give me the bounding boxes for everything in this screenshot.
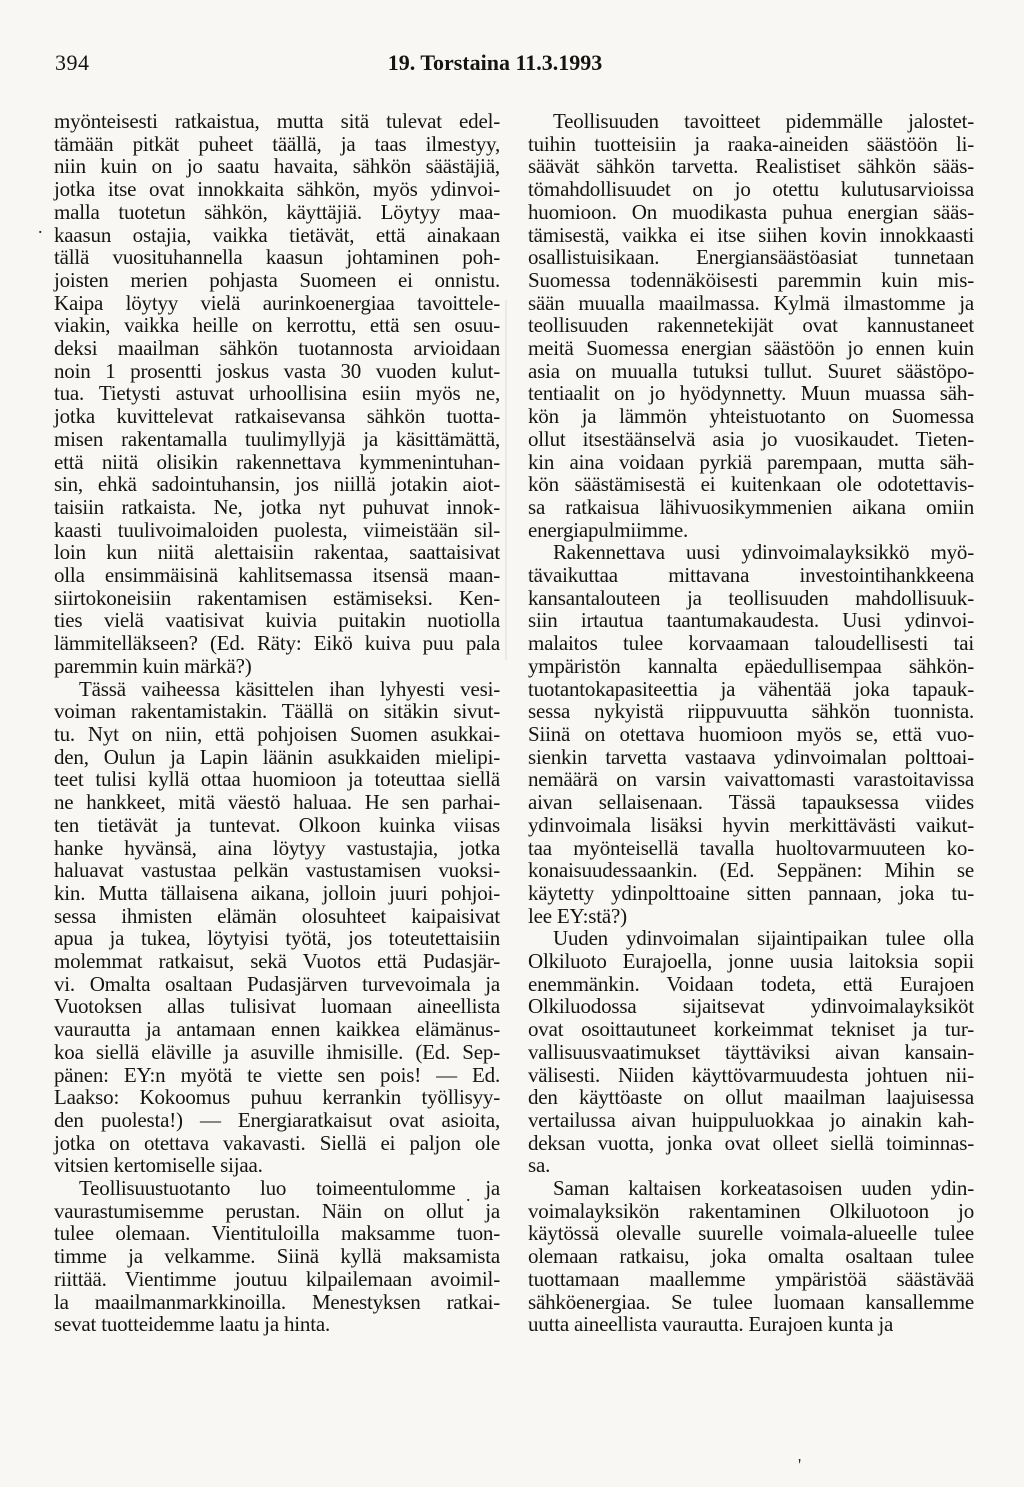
text-line: sa ratkaisua lähivuosikymmenien aikana o… bbox=[528, 496, 974, 519]
scan-artifact-mark: ' bbox=[798, 1455, 801, 1476]
page-header: 394 19. Torstaina 11.3.1993 bbox=[0, 50, 990, 80]
text-line: misen rakentamalla tuulimyllyjä ja käsit… bbox=[54, 428, 500, 451]
text-line: tömahdollisuudet on jo otettu kulutusarv… bbox=[528, 178, 974, 201]
text-line: paremmin kuin märkä?) bbox=[54, 655, 500, 678]
text-line: Uuden ydinvoimalan sijaintipaikan tulee … bbox=[528, 927, 974, 950]
text-columns: myönteisesti ratkaistua, mutta sitä tule… bbox=[54, 110, 974, 1336]
text-line: ne hankkeet, mitä väestö haluaa. He sen … bbox=[54, 791, 500, 814]
text-line: niin kuin on jo saatu havaita, sähkön sä… bbox=[54, 155, 500, 178]
text-line: Vuotoksen allas tulisivat luomaan aineel… bbox=[54, 995, 500, 1018]
text-line: aivan sellaisenaan. Tässä tapauksessa vi… bbox=[528, 791, 974, 814]
text-line: hanke hyvänsä, aina löytyy vastustajia, … bbox=[54, 837, 500, 860]
text-line: kin aina voidaan pyrkiä parempaan, mutta… bbox=[528, 451, 974, 474]
paragraph: myönteisesti ratkaistua, mutta sitä tule… bbox=[54, 110, 500, 678]
text-line: ties vielä vaatisivat kuivia puitakin nu… bbox=[54, 609, 500, 632]
text-line: että niitä olisikin rakennettava kymmeni… bbox=[54, 451, 500, 474]
text-line: Olkiluodossa sijaitsevat ydinvoimalayksi… bbox=[528, 995, 974, 1018]
text-line: tu. Nyt on niin, että pohjoisen Suomen a… bbox=[54, 723, 500, 746]
text-line: kaasti tuulivoimaloiden puolesta, viimei… bbox=[54, 519, 500, 542]
text-line: Suomessa todennäköisesti paremmin kuin m… bbox=[528, 269, 974, 292]
text-line: käytetty ydinpolttoaine sitten pannaan, … bbox=[528, 882, 974, 905]
text-line: riittää. Vientimme joutuu kilpailemaan a… bbox=[54, 1268, 500, 1291]
scan-gutter-shadow bbox=[505, 300, 507, 660]
text-line: taisiin ratkaista. Ne, jotka nyt puhuvat… bbox=[54, 496, 500, 519]
paragraph: Saman kaltaisen korkeatasoisen uuden ydi… bbox=[528, 1177, 974, 1336]
text-line: Teollisuustuotanto luo toimeentulomme ja bbox=[54, 1177, 500, 1200]
text-line: tämään pitkät puheet täällä, ja taas ilm… bbox=[54, 133, 500, 156]
scan-artifact-mark: . bbox=[466, 1185, 471, 1206]
text-line: molemmat ratkaisut, sekä Vuotos että Pud… bbox=[54, 950, 500, 973]
text-line: ovat osoittautuneet korkeimmat tekniset … bbox=[528, 1018, 974, 1041]
text-line: malaitos tulee korvaamaan taloudellisest… bbox=[528, 632, 974, 655]
text-line: jotka itse ovat innokkaita sähkön, myös … bbox=[54, 178, 500, 201]
text-line: tävaikuttaa mittavana investointihankkee… bbox=[528, 564, 974, 587]
text-line: Olkiluoto Eurajoella, jonne uusia laitok… bbox=[528, 950, 974, 973]
text-line: osallistuisikaan. Energiansäästöasiat tu… bbox=[528, 246, 974, 269]
text-line: ollut itsestäänselvä asia jo vuosikaudet… bbox=[528, 428, 974, 451]
text-line: sienkin tarvetta vastaava ydinvoimalan p… bbox=[528, 746, 974, 769]
text-line: vaurastumisemme perustan. Näin on ollut … bbox=[54, 1200, 500, 1223]
text-line: kin. Mutta tällaisena aikana, jolloin ju… bbox=[54, 882, 500, 905]
text-line: olemaan ratkaisu, joka omalta osaltaan t… bbox=[528, 1245, 974, 1268]
text-line: ydinvoimala lisäksi hyvin merkittävästi … bbox=[528, 814, 974, 837]
text-line: kön ja lämmön yhteistuotanto on Suomessa bbox=[528, 405, 974, 428]
paragraph: Teollisuuden tavoitteet pidemmälle jalos… bbox=[528, 110, 974, 541]
text-line: asia on muualla tutuksi tullut. Suuret s… bbox=[528, 360, 974, 383]
paragraph: Rakennettava uusi ydinvoimalayksikkö myö… bbox=[528, 541, 974, 927]
text-line: den puolesta!) — Energiaratkaisut ovat a… bbox=[54, 1109, 500, 1132]
text-line: käytössä olevalle suurelle voimala-aluee… bbox=[528, 1222, 974, 1245]
text-line: sin, ehkä sadointuhansin, jos niillä jot… bbox=[54, 473, 500, 496]
text-line: tällä vuosituhannella kaasun johtaminen … bbox=[54, 246, 500, 269]
text-line: den, Oulun ja Lapin läänin asukkaiden mi… bbox=[54, 746, 500, 769]
text-line: koa siellä eläville ja asuville ihmisill… bbox=[54, 1041, 500, 1064]
text-line: konaisuudessaankin. (Ed. Seppänen: Mihin… bbox=[528, 859, 974, 882]
text-line: huomioon. On muodikasta puhua energian s… bbox=[528, 201, 974, 224]
text-line: timme ja velkamme. Siinä kyllä maksamist… bbox=[54, 1245, 500, 1268]
text-line: siirtokoneisiin rakentamisen estämiseksi… bbox=[54, 587, 500, 610]
text-line: joisten merien pohjasta Suomeen ei onnis… bbox=[54, 269, 500, 292]
text-line: tulee olemaan. Vientituloilla maksamme t… bbox=[54, 1222, 500, 1245]
text-line: voiman rakentamistakin. Täällä on sitäki… bbox=[54, 700, 500, 723]
text-line: pänen: EY:n myötä te viette sen pois! — … bbox=[54, 1064, 500, 1087]
paragraph: Tässä vaiheessa käsittelen ihan lyhyesti… bbox=[54, 678, 500, 1177]
text-line: kön säästämisestä ei kuitenkaan ole odot… bbox=[528, 473, 974, 496]
text-line: välisesti. Niiden käyttövarmuudesta joht… bbox=[528, 1064, 974, 1087]
text-line: jotka on otettava vakavasti. Siellä ei p… bbox=[54, 1132, 500, 1155]
text-line: ympäristön kannalta epäedullisempaa sähk… bbox=[528, 655, 974, 678]
text-line: Laakso: Kokoomus puhuu kerrankin työllis… bbox=[54, 1086, 500, 1109]
text-line: sessa nykyistä riippuvuutta sähkön tuonn… bbox=[528, 700, 974, 723]
paragraph: Uuden ydinvoimalan sijaintipaikan tulee … bbox=[528, 927, 974, 1177]
text-line: meitä Suomessa energian säästöön jo enne… bbox=[528, 337, 974, 360]
text-line: vertailussa aivan huippuluokkaa jo ainak… bbox=[528, 1109, 974, 1132]
text-line: vi. Omalta osaltaan Pudasjärven turvevoi… bbox=[54, 973, 500, 996]
text-line: Teollisuuden tavoitteet pidemmälle jalos… bbox=[528, 110, 974, 133]
text-line: vallisuusvaatimukset täyttäviksi aivan k… bbox=[528, 1041, 974, 1064]
paragraph: Teollisuustuotanto luo toimeentulomme ja… bbox=[54, 1177, 500, 1336]
text-line: voimalayksikön rakentaminen Olkiluotoon … bbox=[528, 1200, 974, 1223]
text-line: lämmitelläkseen? (Ed. Räty: Eikö kuiva p… bbox=[54, 632, 500, 655]
text-line: Kaipa löytyy vielä aurinkoenergiaa tavoi… bbox=[54, 292, 500, 315]
document-page: 394 19. Torstaina 11.3.1993 myönteisesti… bbox=[0, 0, 1024, 1487]
text-line: deksi maailman sähkön tuotannosta arvioi… bbox=[54, 337, 500, 360]
text-line: olla ensimmäisinä kahlitsemassa itsensä … bbox=[54, 564, 500, 587]
text-line: vaurautta ja antamaan ennen kaikkea eläm… bbox=[54, 1018, 500, 1041]
text-line: taa myönteisellä tavalla huoltovarmuutee… bbox=[528, 837, 974, 860]
text-line: enemmänkin. Voidaan todeta, että Eurajoe… bbox=[528, 973, 974, 996]
text-line: lee EY:stä?) bbox=[528, 905, 974, 928]
text-line: la maailmanmarkkinoilla. Menestyksen rat… bbox=[54, 1291, 500, 1314]
text-line: sään muualla maailmassa. Kylmä ilmastomm… bbox=[528, 292, 974, 315]
text-line: haluavat vastustaa pelkän vastustamisen … bbox=[54, 859, 500, 882]
text-line: tuottamaan maallemme ympäristöä säästävä… bbox=[528, 1268, 974, 1291]
text-line: tua. Tietysti astuvat urhoollisina esiin… bbox=[54, 382, 500, 405]
header-title: 19. Torstaina 11.3.1993 bbox=[0, 50, 990, 76]
right-column: Teollisuuden tavoitteet pidemmälle jalos… bbox=[528, 110, 974, 1336]
text-line: Tässä vaiheessa käsittelen ihan lyhyesti… bbox=[54, 678, 500, 701]
text-line: tuotantokapasiteettia ja vähentää joka t… bbox=[528, 678, 974, 701]
text-line: noin 1 prosentti joskus vasta 30 vuoden … bbox=[54, 360, 500, 383]
text-line: sevat tuotteidemme laatu ja hinta. bbox=[54, 1313, 500, 1336]
text-line: tuihin tuotteisiin ja raaka-aineiden sää… bbox=[528, 133, 974, 156]
text-line: ten tietävät ja tuntevat. Olkoon kuinka … bbox=[54, 814, 500, 837]
text-line: tämisestä, vaikka ei itse siihen kovin i… bbox=[528, 224, 974, 247]
text-line: den käyttöaste on ollut maailman laajuis… bbox=[528, 1086, 974, 1109]
text-line: vitsien kertomiselle sijaa. bbox=[54, 1154, 500, 1177]
scan-artifact-mark: . bbox=[38, 217, 43, 238]
text-line: energiapulmiimme. bbox=[528, 519, 974, 542]
text-line: tentiaalit on jo hyödynnetty. Muun muass… bbox=[528, 382, 974, 405]
text-line: siin irtautua taantumakaudesta. Uusi ydi… bbox=[528, 609, 974, 632]
text-line: uutta aineellista vaurautta. Eurajoen ku… bbox=[528, 1313, 974, 1336]
text-line: sessa ihmisten elämän olosuhteet kaipais… bbox=[54, 905, 500, 928]
text-line: jotka kuvittelevat ratkaisevansa sähkön … bbox=[54, 405, 500, 428]
text-line: teollisuuden rakennetekijät ovat kannust… bbox=[528, 314, 974, 337]
text-line: deksan vuotta, jonka ovat olleet siellä … bbox=[528, 1132, 974, 1155]
text-line: nemäärä on varsin vaivattomasti varastoi… bbox=[528, 768, 974, 791]
text-line: Saman kaltaisen korkeatasoisen uuden ydi… bbox=[528, 1177, 974, 1200]
text-line: säävät sähkön tarvetta. Realistiset sähk… bbox=[528, 155, 974, 178]
left-column: myönteisesti ratkaistua, mutta sitä tule… bbox=[54, 110, 500, 1336]
text-line: myönteisesti ratkaistua, mutta sitä tule… bbox=[54, 110, 500, 133]
text-line: Rakennettava uusi ydinvoimalayksikkö myö… bbox=[528, 541, 974, 564]
text-line: loin kun niitä alettaisiin rakentaa, saa… bbox=[54, 541, 500, 564]
text-line: viakin, vaikka heille on kerrottu, että … bbox=[54, 314, 500, 337]
text-line: Siinä on otettava huomioon myös se, että… bbox=[528, 723, 974, 746]
text-line: malla tuotetun sähkön, käyttäjiä. Löytyy… bbox=[54, 201, 500, 224]
text-line: kaasun ostajia, vaikka tietävät, että ai… bbox=[54, 224, 500, 247]
text-line: sähköenergiaa. Se tulee luomaan kansalle… bbox=[528, 1291, 974, 1314]
text-line: kansantalouteen ja teollisuuden mahdolli… bbox=[528, 587, 974, 610]
text-line: teet tulisi kyllä ottaa huomioon ja tote… bbox=[54, 768, 500, 791]
text-line: apua ja tukea, löytyisi työtä, jos toteu… bbox=[54, 927, 500, 950]
text-line: sa. bbox=[528, 1154, 974, 1177]
